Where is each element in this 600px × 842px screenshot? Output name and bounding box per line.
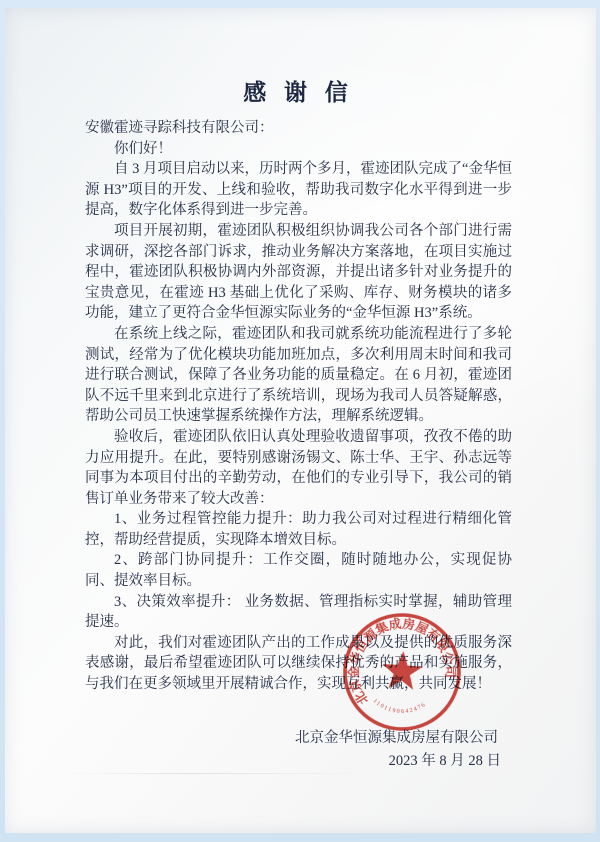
paper-crease [65,773,376,774]
letter-content: 感 谢 信 安徽霍迹寻踪科技有限公司： 你们好！ 自 3 月项目启动以来，历时两… [5,8,596,773]
greeting-line: 你们好！ [85,139,512,160]
signature-date: 2023 年 8 月 28 日 [85,750,512,773]
recipient-line: 安徽霍迹寻踪科技有限公司： [85,118,512,139]
paragraph: 在系统上线之际，霍迹团队和我司就系统功能流程进行了多轮测试，经常为了优化模块功能… [85,324,512,427]
photographed-letter: { "letter": { "title": "感 谢 信", "recipie… [0,0,600,842]
seal-serial-number: 1101190642476 [371,695,428,718]
list-item-2: 2、跨部门协同提升：工作交圈，随时随地办公，实现促协同、提效率目标。 [85,550,512,591]
seal-star-icon [381,650,424,691]
paragraph: 验收后，霍迹团队依旧认真处理验收遗留事项，孜孜不倦的助力应用提升。在此，要特别感… [85,427,512,509]
letter-title: 感 谢 信 [85,74,512,107]
list-item-1: 1、业务过程管控能力提升：助力我公司对过程进行精细化管控，帮助经营提质，实现降本… [85,509,512,550]
paragraph: 自 3 月项目启动以来，历时两个多月，霍迹团队完成了“金华恒源 H3”项目的开发… [85,159,512,221]
company-seal-stamp: 北京金华恒源集成房屋有限公司 1101190642476 [327,597,476,746]
paragraph: 项目开展初期，霍迹团队积极组织协调我公司各个部门进行需求调研，深挖各部门诉求，推… [85,221,512,324]
